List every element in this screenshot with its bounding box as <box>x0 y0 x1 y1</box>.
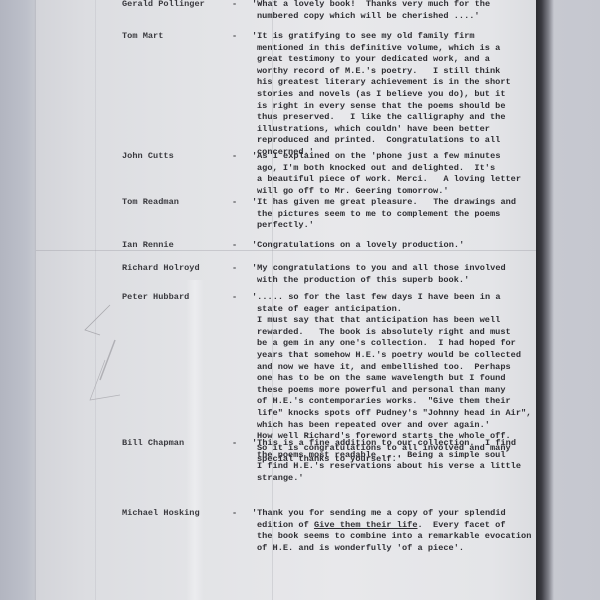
quote-line: I must say that that anticipation has be… <box>252 315 542 327</box>
quote-line: state of eager anticipation. <box>252 304 542 316</box>
testimonial-author: Gerald Pollinger <box>122 0 205 11</box>
testimonial-author: John Cutts <box>122 151 174 163</box>
quote-line: perfectly.' <box>252 220 542 232</box>
quote-line: illustrations, which couldn' have been b… <box>252 124 542 136</box>
quote-line: strange.' <box>252 473 542 485</box>
testimonial-quote: 'As I explained on the 'phone just a few… <box>252 151 542 197</box>
quote-line: a beautiful piece of work. Merci. A lovi… <box>252 174 542 186</box>
quote-line: 'It has given me great pleasure. The dra… <box>252 197 542 209</box>
quote-line: with the production of this superb book.… <box>252 275 542 287</box>
quote-line: 'As I explained on the 'phone just a few… <box>252 151 542 163</box>
testimonial-quote: 'My congratulations to you and all those… <box>252 263 542 286</box>
quote-line: rewarded. The book is absolutely right a… <box>252 327 542 339</box>
testimonial-author: Michael Hosking <box>122 508 200 520</box>
quote-line: great testimony to your dedicated work, … <box>252 54 542 66</box>
quote-line: stories and novels (as I believe you do)… <box>252 89 542 101</box>
quote-line: these poems more powerful and personal t… <box>252 385 542 397</box>
quote-line: reproduced and printed. Congratulations … <box>252 135 542 147</box>
testimonial-quote: 'Congratulations on a lovely production.… <box>252 240 542 252</box>
quote-line: edition of Give them their life. Every f… <box>252 520 542 532</box>
quote-line: thus preserved. I like the calligraphy a… <box>252 112 542 124</box>
quote-line: 'Congratulations on a lovely production.… <box>252 240 542 252</box>
testimonial-author: Ian Rennie <box>122 240 174 252</box>
quote-line: which has been repeated over and over ag… <box>252 420 542 432</box>
quote-line: the book seems to combine into a remarka… <box>252 531 542 543</box>
quote-line: 'My congratulations to you and all those… <box>252 263 542 275</box>
quote-line: life" knocks spots off Pudney's "Johnny … <box>252 408 542 420</box>
quote-line: the pictures seem to me to complement th… <box>252 209 542 221</box>
testimonial-author: Tom Readman <box>122 197 179 209</box>
background-surface <box>0 0 38 600</box>
separator-dash: - <box>232 292 237 304</box>
quote-line: is right in every sense that the poems s… <box>252 101 542 113</box>
quote-line: years that somehow H.E.'s poetry would b… <box>252 350 542 362</box>
testimonial-quote: 'This is a fine addition to our collecti… <box>252 438 542 484</box>
quote-line: be a gem in any one's collection. I had … <box>252 338 542 350</box>
quote-line: and now we have it, and embellished too.… <box>252 362 542 374</box>
separator-dash: - <box>232 508 237 520</box>
quote-line: I find H.E.'s reservations about his ver… <box>252 461 542 473</box>
quote-line: will go off to Mr. Geering tomorrow.' <box>252 186 542 198</box>
quote-line: 'This is a fine addition to our collecti… <box>252 438 542 450</box>
testimonial-author: Peter Hubbard <box>122 292 189 304</box>
paper-crease <box>186 280 204 600</box>
quote-line: '..... so for the last few days I have b… <box>252 292 542 304</box>
separator-dash: - <box>232 438 237 450</box>
separator-dash: - <box>232 151 237 163</box>
quote-line: ago, I'm both knocked out and delighted.… <box>252 163 542 175</box>
quote-line: one has to be on the same wavelength but… <box>252 373 542 385</box>
separator-dash: - <box>232 240 237 252</box>
testimonial-author: Bill Chapman <box>122 438 184 450</box>
quote-line: 'It is gratifying to see my old family f… <box>252 31 542 43</box>
quote-line: 'What a lovely book! Thanks very much fo… <box>252 0 542 11</box>
testimonial-quote: 'What a lovely book! Thanks very much fo… <box>252 0 542 22</box>
testimonial-author: Tom Mart <box>122 31 163 43</box>
testimonial-quote: 'It is gratifying to see my old family f… <box>252 31 542 159</box>
testimonial-quote: 'It has given me great pleasure. The dra… <box>252 197 542 232</box>
book-title-underlined: Give them their life <box>314 520 418 530</box>
testimonial-author: Richard Holroyd <box>122 263 200 275</box>
separator-dash: - <box>232 197 237 209</box>
quote-line: mentioned in this definitive volume, whi… <box>252 43 542 55</box>
quote-line: worthy record of M.E.'s poetry. I still … <box>252 66 542 78</box>
pencil-marks <box>70 300 130 420</box>
quote-line: of H.E. and is wonderfully 'of a piece'. <box>252 543 542 555</box>
quote-line: numbered copy which will be cherished ..… <box>252 11 542 23</box>
separator-dash: - <box>232 31 237 43</box>
quote-line: his greatest literary achievement is in … <box>252 77 542 89</box>
testimonial-quote: 'Thank you for sending me a copy of your… <box>252 508 542 554</box>
separator-dash: - <box>232 0 237 11</box>
quote-line: 'Thank you for sending me a copy of your… <box>252 508 542 520</box>
quote-line: of H.E.'s contemporaries works. "Give th… <box>252 396 542 408</box>
quote-line: the poems most readable .... Being a sim… <box>252 450 542 462</box>
separator-dash: - <box>232 263 237 275</box>
